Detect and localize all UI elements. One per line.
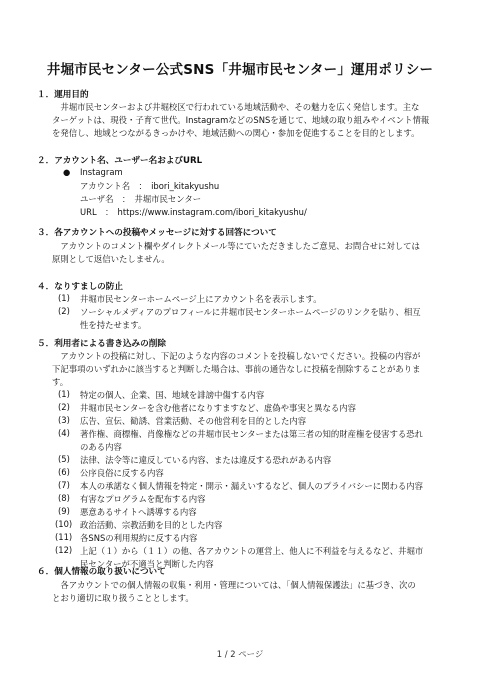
bullet-icon: ● [63,167,70,177]
list-item-number: (11) [55,532,72,542]
list-item-number: (1) [58,389,70,399]
list-item-number: (9) [58,506,70,516]
section-6-heading: ６．個人情報の取り扱いについて [37,565,166,577]
list-item-number: (10) [55,519,72,529]
list-item-text: 井堀市民センターホームページ上にアカウント名を表示します。 [80,293,322,305]
section-1-paragraph-line: 井堀市民センターおよび井堀校区で行われている地域活動や、その魅力を広く発信します… [52,101,419,113]
platform-name: Instagram [80,167,123,177]
list-item-number: (7) [58,480,70,490]
section-1-heading: １．運用目的 [37,88,89,100]
list-item-text: 有害なプログラムを配布する内容 [80,493,206,505]
list-item-number: (1) [58,293,70,303]
list-item-text: 特定の個人、企業、国、地域を誹謗中傷する内容 [80,389,264,401]
list-item-text: 法律、法令等に違反している内容、または違反する恐れがある内容 [80,454,331,466]
section-6-paragraph-line: 各アカウントでの個人情報の収集・利用・管理については、「個人情報保護法」に基づき… [52,579,416,591]
list-item-text: 井堀市民センターを含む他者になりすますなど、虚偽や事実と異なる内容 [80,402,356,414]
list-item-number: (5) [58,454,70,464]
list-item-number: (8) [58,493,70,503]
section-5-paragraph-line: アカウントの投稿に対し、下記のような内容のコメントを投稿しないでください。投稿の… [52,350,420,362]
document-page: 井堀市民センター公式SNS「井堀市民センター」運用ポリシー １．運用目的 井堀市… [0,0,480,678]
section-3-heading: ３．各アカウントへの投稿やメッセージに対する回答について [37,226,277,238]
section-6-paragraph-line: とおり適切に取り扱うこととします。 [52,592,194,604]
page-number: 1 / 2 ページ [0,648,480,660]
list-item-number: (3) [58,415,70,425]
list-item-text: 公序良俗に反する内容 [80,467,164,479]
list-item-text: のある内容 [80,441,122,453]
list-item-text: 政治活動、宗教活動を目的とした内容 [80,519,222,531]
section-2-heading: ２．アカウント名、ユーザー名およびURL [37,154,202,166]
list-item-text: 悪意あるサイトへ誘導する内容 [80,506,197,518]
list-item-text: 上記（１）から（１１）の他、各アカウントの運営上、他人に不利益を与えるなど、井堀… [80,545,423,557]
section-1-paragraph-line: を発信し、地域とつながるきっかけや、地域活動への関心・参加を促進することを目的と… [52,127,420,139]
list-item-number: (6) [58,467,70,477]
instagram-url-link[interactable]: URL ： https://www.instagram.com/ibori_ki… [80,206,307,218]
list-item-number: (2) [58,306,70,316]
section-4-heading: ４．なりすましの防止 [37,280,123,292]
list-item-number: (2) [58,402,70,412]
list-item-number: (4) [58,428,70,438]
user-name: ユーザ名 ： 井堀市民センター [80,193,201,205]
list-item-text: ソーシャルメディアのプロフィールに井堀市民センターホームページのリンクを貼り、相… [80,306,421,318]
account-name: アカウント名 ： ibori_kitakyushu [80,180,219,192]
section-3-paragraph-line: アカウントのコメント欄やダイレクトメール等にていただきましたご意見、お問合せに対… [52,240,420,252]
list-item-text: 各SNSの利用規約に反する内容 [80,532,197,544]
section-5-paragraph-line: 下記事項のいずれかに該当すると判断した場合は、事前の通告なしに投稿を削除すること… [52,363,421,375]
list-item-text: 著作権、商標権、肖像権などの井堀市民センターまたは第三者の知的財産権を侵害する恐… [80,428,423,440]
section-1-paragraph-line: ターゲットは、現役・子育て世代。InstagramなどのSNSを通じて、地域の取… [52,114,429,126]
section-5-paragraph-line: す。 [52,376,68,388]
section-5-heading: ５．利用者による書き込みの削除 [37,337,166,349]
list-item-text: 性を持たせます。 [80,319,146,331]
list-item-number: (12) [55,545,72,555]
section-3-paragraph-line: 原則として返信いたしません。 [52,253,170,265]
list-item-text: 広告、宣伝、勧誘、営業活動、その他営利を目的とした内容 [80,415,306,427]
list-item-text: 本人の承諾なく個人情報を特定・開示・漏えいするなど、個人のプライバシーに関わる内… [80,480,423,492]
page-title: 井堀市民センター公式SNS「井堀市民センター」運用ポリシー [0,58,480,78]
